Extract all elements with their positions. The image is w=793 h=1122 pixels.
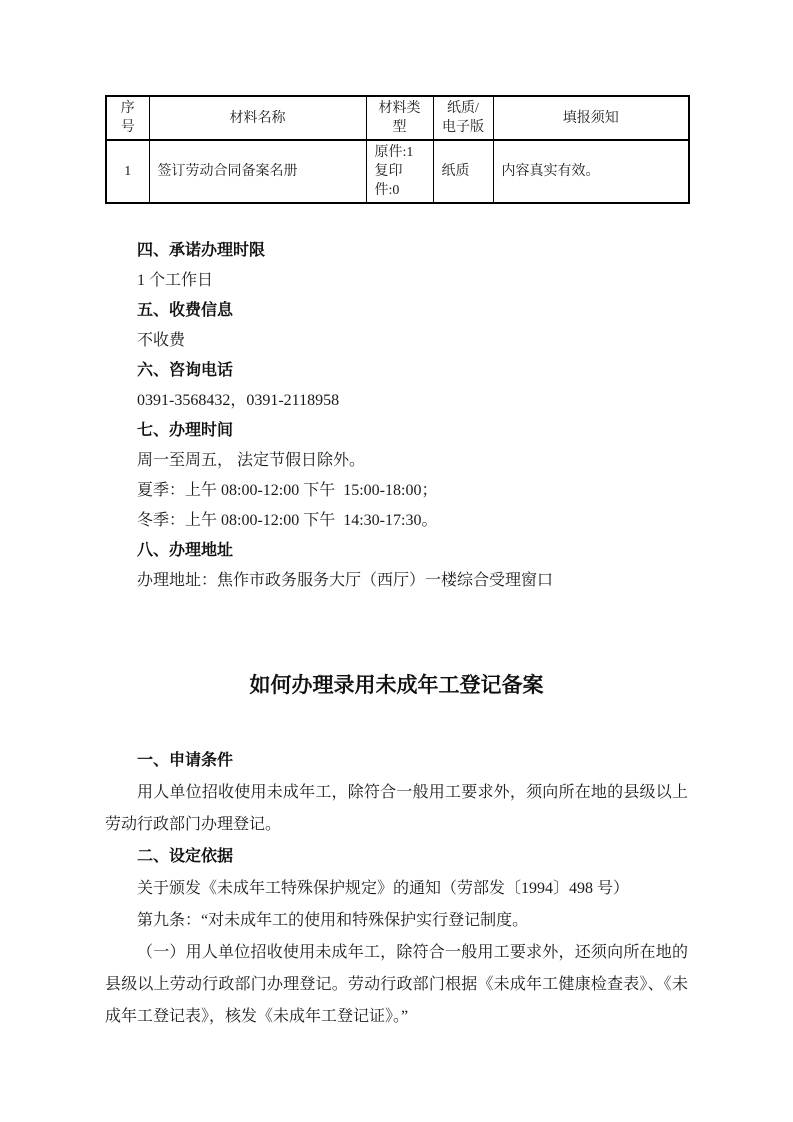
cell-material-type: 原件:1 复印件:0 bbox=[366, 140, 433, 203]
table-header-row: 序号 材料名称 材料类型 纸质/ 电子版 填报须知 bbox=[106, 96, 689, 140]
column-header-material-type: 材料类型 bbox=[366, 96, 433, 140]
column-header-filing-note: 填报须知 bbox=[493, 96, 689, 140]
column-header-seq: 序号 bbox=[106, 96, 149, 140]
procedure-info-sections: 四、承诺办理时限 1 个工作日 五、收费信息 不收费 六、咨询电话 0391-3… bbox=[105, 236, 688, 596]
section-line-hours-winter: 冬季：上午 08:00-12:00 下午 14:30-17:30。 bbox=[105, 506, 688, 536]
section-heading-fees: 五、收费信息 bbox=[105, 296, 688, 326]
cell-seq: 1 bbox=[106, 140, 149, 203]
registration-info-sections: 一、申请条件 用人单位招收使用未成年工，除符合一般用工要求外，须向所在地的县级以… bbox=[105, 745, 688, 1033]
section-line-time-limit: 1 个工作日 bbox=[105, 266, 688, 296]
document-page: 序号 材料名称 材料类型 纸质/ 电子版 填报须知 1 签订劳动合同备案名册 原… bbox=[0, 0, 793, 1122]
cell-material-name: 签订劳动合同备案名册 bbox=[149, 140, 366, 203]
table-row: 1 签订劳动合同备案名册 原件:1 复印件:0 纸质 内容真实有效。 bbox=[106, 140, 689, 203]
section-heading-hours: 七、办理时间 bbox=[105, 416, 688, 446]
section-heading-time-limit: 四、承诺办理时限 bbox=[105, 236, 688, 266]
paragraph-legal-basis-article9: 第九条：“对未成年工的使用和特殊保护实行登记制度。 bbox=[105, 905, 688, 937]
section-heading-application-conditions: 一、申请条件 bbox=[105, 745, 688, 777]
column-header-medium: 纸质/ 电子版 bbox=[433, 96, 493, 140]
page-content: 序号 材料名称 材料类型 纸质/ 电子版 填报须知 1 签订劳动合同备案名册 原… bbox=[105, 95, 688, 1033]
paragraph-legal-basis-notice: 关于颁发《未成年工特殊保护规定》的通知（劳部发〔1994〕498 号） bbox=[105, 873, 688, 905]
cell-filing-note: 内容真实有效。 bbox=[493, 140, 689, 203]
section-line-hours-summer: 夏季：上午 08:00-12:00 下午 15:00-18:00； bbox=[105, 476, 688, 506]
materials-table: 序号 材料名称 材料类型 纸质/ 电子版 填报须知 1 签订劳动合同备案名册 原… bbox=[105, 95, 690, 204]
paragraph-legal-basis-item1: （一）用人单位招收使用未成年工，除符合一般用工要求外，还须向所在地的县级以上劳动… bbox=[105, 937, 688, 1033]
section-heading-address: 八、办理地址 bbox=[105, 536, 688, 566]
paragraph-application-conditions: 用人单位招收使用未成年工，除符合一般用工要求外，须向所在地的县级以上劳动行政部门… bbox=[105, 777, 688, 841]
section-heading-legal-basis: 二、设定依据 bbox=[105, 841, 688, 873]
section-line-fees: 不收费 bbox=[105, 326, 688, 356]
section-line-hours-weekdays: 周一至周五， 法定节假日除外。 bbox=[105, 446, 688, 476]
column-header-material-name: 材料名称 bbox=[149, 96, 366, 140]
cell-medium: 纸质 bbox=[433, 140, 493, 203]
section-heading-phone: 六、咨询电话 bbox=[105, 356, 688, 386]
section-line-phone: 0391-3568432，0391-2118958 bbox=[105, 386, 688, 416]
section-line-address: 办理地址：焦作市政务服务大厅（西厅）一楼综合受理窗口 bbox=[105, 566, 688, 596]
page-title: 如何办理录用未成年工登记备案 bbox=[105, 669, 688, 703]
